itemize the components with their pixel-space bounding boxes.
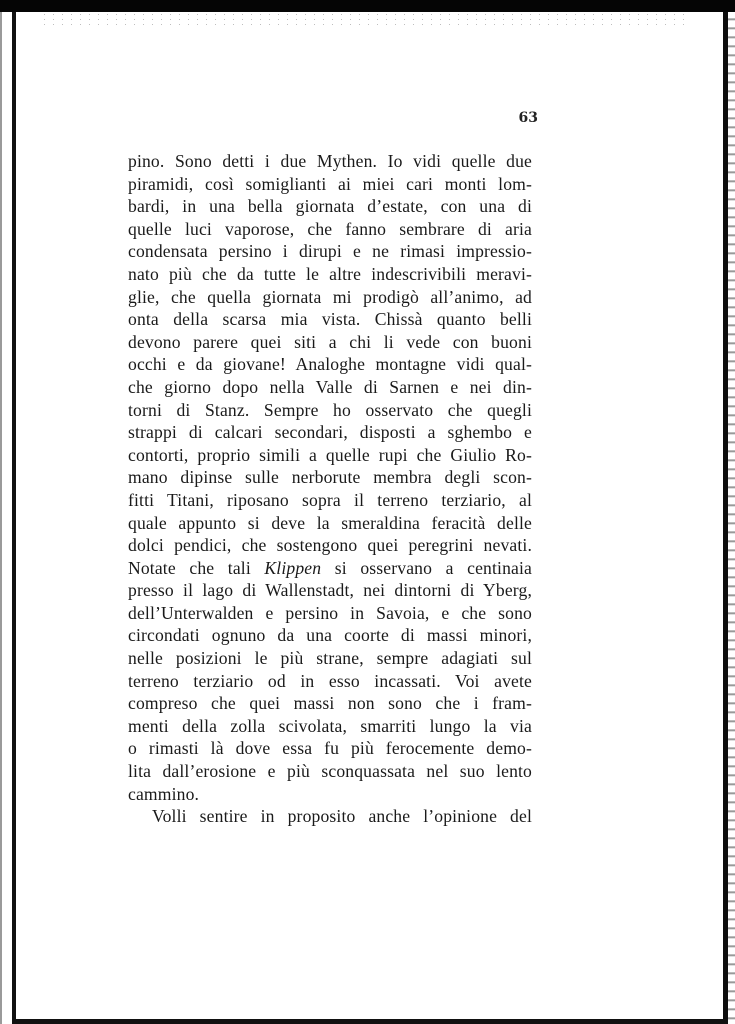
text-line-paragraph-end: cammino.: [128, 783, 532, 806]
italic-term-klippen: Klippen: [264, 558, 321, 578]
text-fragment: si osservano a centinaia: [321, 558, 532, 578]
text-line: fitti Titani, riposano sopra il terreno …: [128, 489, 532, 512]
text-line: terreno terziario od in esso incassati. …: [128, 670, 532, 693]
text-line: condensata persino i dirupi e ne rimasi …: [128, 240, 532, 263]
text-line: presso il lago di Wallenstadt, nei dinto…: [128, 579, 532, 602]
text-line: o rimasti là dove essa fu più ferocement…: [128, 737, 532, 760]
text-fragment: Notate che tali: [128, 558, 264, 578]
text-line: strappi di calcari secondari, disposti a…: [128, 421, 532, 444]
text-line: quale appunto si deve la smeraldina fera…: [128, 512, 532, 535]
text-line: dolci pendici, che sostengono quei pereg…: [128, 534, 532, 557]
text-line: che giorno dopo nella Valle di Sarnen e …: [128, 376, 532, 399]
scan-edge-right: [728, 12, 735, 1024]
scan-border-top: [0, 0, 735, 12]
text-line: compreso che quei massi non sono che i f…: [128, 692, 532, 715]
text-line: menti della zolla scivolata, smarriti lu…: [128, 715, 532, 738]
text-line: torni di Stanz. Sempre ho osservato che …: [128, 399, 532, 422]
text-line: contorti, proprio simili a quelle rupi c…: [128, 444, 532, 467]
text-line: glie, che quella giornata mi prodigò all…: [128, 286, 532, 309]
text-line: nato più che da tutte le altre indescriv…: [128, 263, 532, 286]
scan-border-left: [12, 12, 16, 1022]
body-text: pino. Sono detti i due Mythen. Io vidi q…: [128, 150, 532, 828]
text-line: quelle luci vaporose, che fanno sembrare…: [128, 218, 532, 241]
scan-edge-left: [0, 12, 2, 1024]
text-line: occhi e da giovane! Analoghe montagne vi…: [128, 353, 532, 376]
page-number: 63: [514, 110, 538, 126]
text-line: onta della scarsa mia vista. Chissà quan…: [128, 308, 532, 331]
text-line: circondati ognuno da una coorte di massi…: [128, 624, 532, 647]
scan-noise: [40, 12, 690, 26]
text-line: pino. Sono detti i due Mythen. Io vidi q…: [128, 150, 532, 173]
text-line: lita dall’erosione e più sconquassata ne…: [128, 760, 532, 783]
text-line: nelle posizioni le più strane, sempre ad…: [128, 647, 532, 670]
text-line: devono parere quei siti a chi li vede co…: [128, 331, 532, 354]
text-line: bardi, in una bella giornata d’estate, c…: [128, 195, 532, 218]
scanned-book-page: 63 pino. Sono detti i due Mythen. Io vid…: [0, 0, 735, 1024]
text-line-klippen: Notate che tali Klippen si osservano a c…: [128, 557, 532, 580]
text-line: piramidi, così somiglianti ai miei cari …: [128, 173, 532, 196]
text-line: dell’Unterwalden e persino in Savoia, e …: [128, 602, 532, 625]
scan-border-bottom: [12, 1019, 728, 1024]
text-line: mano dipinse sulle nerborute membra degl…: [128, 466, 532, 489]
text-line-paragraph-start: Volli sentire in proposito anche l’opini…: [128, 805, 532, 828]
